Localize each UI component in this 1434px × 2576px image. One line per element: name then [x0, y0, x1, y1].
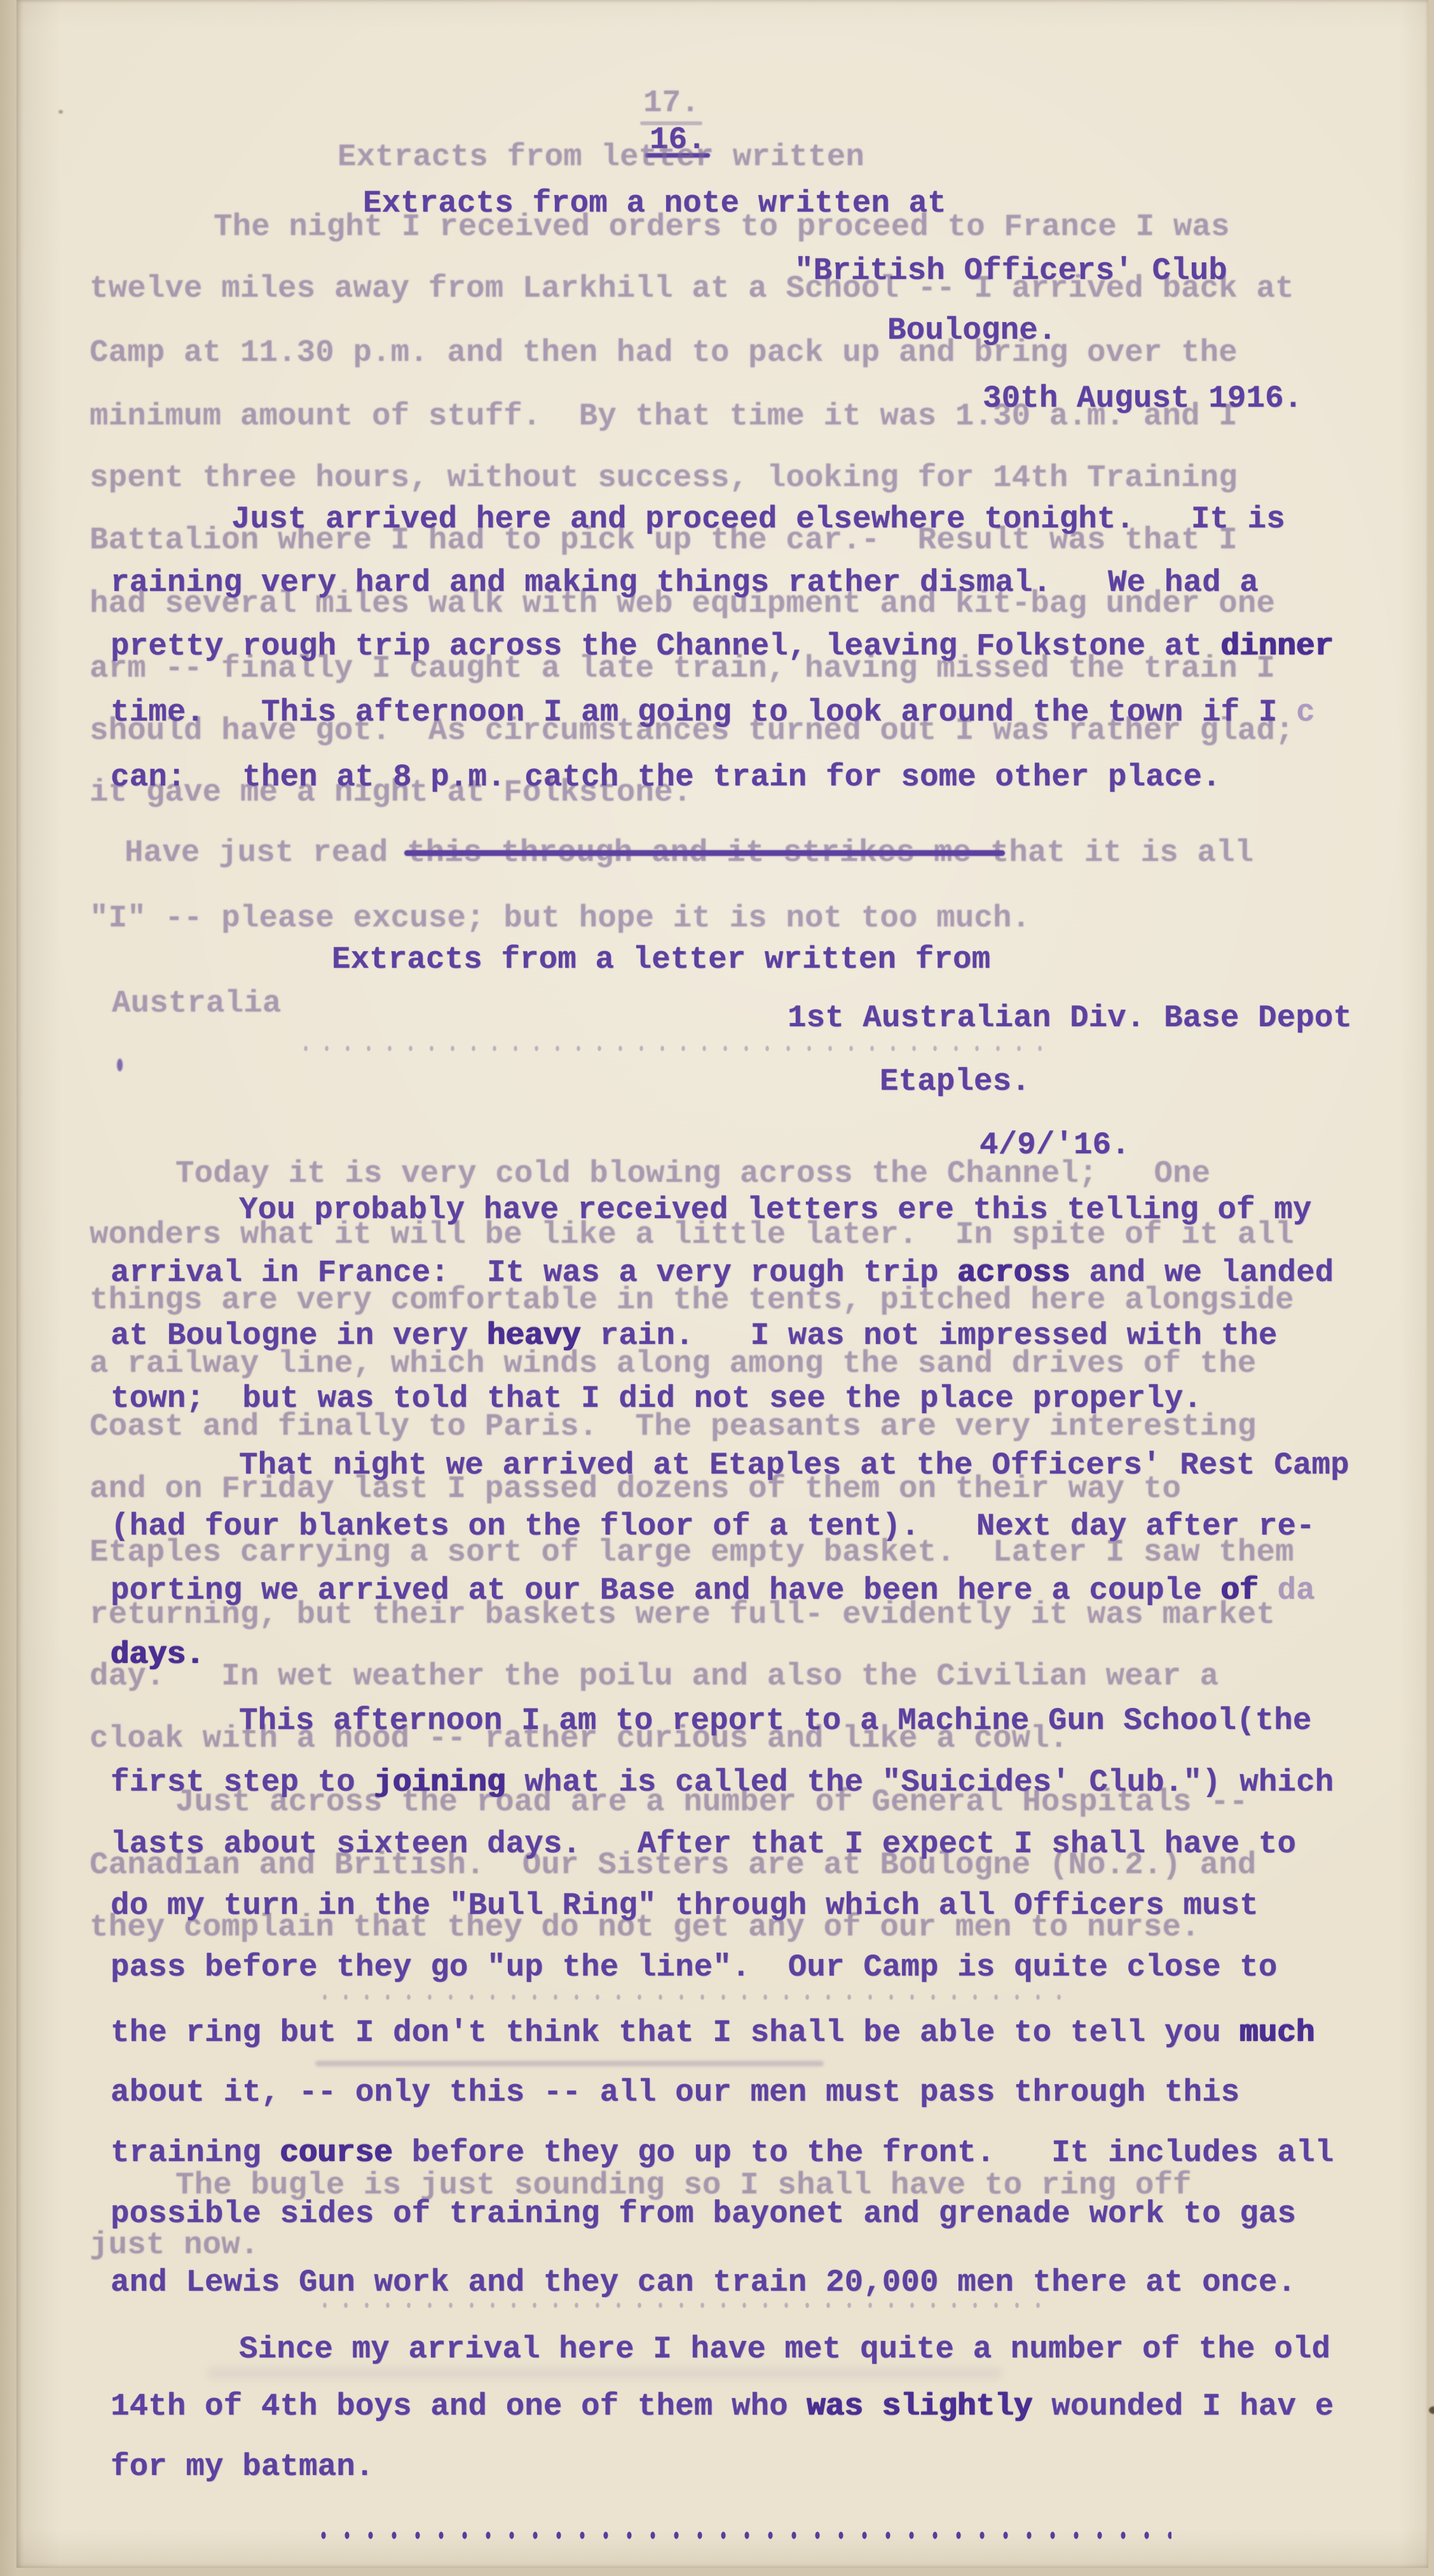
ghost-dots-rule	[322, 1993, 1078, 2002]
ghost-line: just now.	[90, 2230, 259, 2261]
letter-body-line: possible sides of training from bayonet …	[111, 2199, 1296, 2230]
letter-address-line: 4/9/'16.	[980, 1130, 1130, 1161]
letter-body-line: about it, -- only this -- all our men mu…	[111, 2077, 1239, 2108]
letter-body-line: at Boulogne in very heavy rain. I was no…	[111, 1320, 1278, 1352]
note-address-line: "British Officers' Club	[795, 255, 1227, 287]
ghost-dots-rule	[322, 2301, 1046, 2310]
ink-smudge	[207, 2368, 1002, 2379]
ghost-line: "I" -- please excuse; but hope it is not…	[90, 903, 1030, 934]
letter-body-line: training course before they go up to the…	[111, 2138, 1334, 2169]
note-body-line: Just arrived here and proceed elsewhere …	[231, 504, 1285, 535]
letter-body-line: first step to joining what is called the…	[111, 1767, 1334, 1798]
letter-address-line: Etaples.	[880, 1066, 1030, 1097]
ink-speck	[117, 1059, 123, 1071]
ink-smudge	[315, 2061, 824, 2066]
ghost-line: Extracts from letter written	[338, 142, 864, 173]
letter-body-line: You probably have received letters ere t…	[239, 1195, 1311, 1226]
ghost-line: The night I received orders to proceed t…	[214, 212, 1230, 243]
divider-rule	[404, 850, 1005, 856]
letter-body-line: and Lewis Gun work and they can train 20…	[111, 2267, 1296, 2298]
note-body-line: time. This afternoon I am going to look …	[111, 697, 1315, 728]
letter-body-line: porting we arrived at our Base and have …	[111, 1575, 1315, 1606]
ghost-line: Camp at 11.30 p.m. and then had to pack …	[90, 337, 1238, 369]
letter-body-line: pass before they go "up the line". Our C…	[111, 1952, 1278, 1983]
note-body-line: raining very hard and making things rath…	[111, 567, 1259, 599]
letter-body-line: days.	[111, 1639, 205, 1671]
letter-body-line: town; but was told that I did not see th…	[111, 1383, 1202, 1414]
ghost-dots-rule	[303, 1044, 1059, 1053]
page-number-ghost: 17.	[643, 88, 700, 119]
note-address-line: 30th August 1916.	[983, 383, 1302, 414]
paper: 17. 16. Extracts from a note written at …	[17, 0, 1428, 2568]
note-body-line: pretty rough trip across the Channel, le…	[111, 631, 1334, 662]
ink-speck	[58, 110, 63, 114]
letter-body-line: This afternoon I am to report to a Machi…	[239, 1705, 1311, 1737]
ghost-line: Today it is very cold blowing across the…	[175, 1158, 1210, 1190]
letter-body-line: for my batman.	[111, 2451, 374, 2483]
ink-speck	[1429, 2406, 1434, 2414]
footer-dots-rule	[320, 2530, 1171, 2541]
letter-body-line: arrival in France: It was a very rough t…	[111, 1257, 1334, 1289]
note-body-line: can: then at 8 p.m. catch the train for …	[111, 762, 1221, 793]
note-address-line: Boulogne.	[887, 315, 1056, 346]
letter-heading: Extracts from a letter written from	[332, 944, 990, 975]
letter-body-line: Since my arrival here I have met quite a…	[239, 2334, 1330, 2365]
letter-body-line: That night we arrived at Etaples at the …	[239, 1450, 1349, 1481]
letter-body-line: do my turn in the "Bull Ring" through wh…	[111, 1890, 1259, 1922]
ghost-line: Australia	[112, 988, 281, 1019]
letter-body-line: (had four blankets on the floor of a ten…	[111, 1511, 1315, 1542]
letter-body-line: lasts about sixteen days. After that I e…	[111, 1829, 1296, 1860]
letter-body-line: the ring but I don't think that I shall …	[111, 2017, 1315, 2049]
ghost-line: day. In wet weather the poilu and also t…	[90, 1661, 1219, 1692]
ghost-line: spent three hours, without success, look…	[90, 463, 1238, 494]
letter-body-line: 14th of 4th boys and one of them who was…	[111, 2391, 1334, 2422]
letter-address-line: 1st Australian Div. Base Depot	[788, 1003, 1352, 1034]
document-scan: 17. 16. Extracts from a note written at …	[0, 0, 1434, 2576]
